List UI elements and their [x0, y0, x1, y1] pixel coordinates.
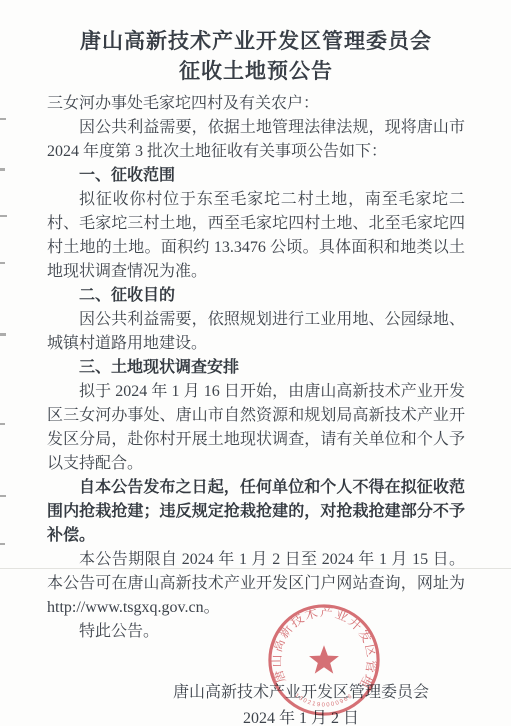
paragraph-duration-text: 本公告期限自 2024 年 1 月 2 日至 2024 年 1 月 15 日。本… [47, 551, 465, 592]
website-url: http://www.tsgxq.gov.cn。 [47, 599, 220, 616]
scan-speck [0, 333, 6, 336]
paragraph-warning: 自本公告发布之日起，任何单位和个人不得在拟征收范围内抢栽抢建；违反规定抢栽抢建的… [47, 476, 465, 548]
notice-page: 唐山高新技术产业开发区管理委员会 征收土地预公告 三女河办事处毛家坨四村及有关农… [0, 0, 511, 726]
document-title-line1: 唐山高新技术产业开发区管理委员会 [47, 26, 465, 56]
scan-speck [0, 215, 7, 217]
scan-line [0, 568, 511, 569]
section-heading-purpose: 二、征收目的 [47, 284, 465, 308]
paragraph-intro: 因公共利益需要，依据土地管理法律法规，现将唐山市 2024 年度第 3 批次土地… [47, 116, 465, 164]
seal-star-icon [309, 645, 339, 673]
scan-speck [0, 262, 5, 264]
paragraph-duration: 本公告期限自 2024 年 1 月 2 日至 2024 年 1 月 15 日。本… [47, 548, 465, 620]
scan-speck [0, 423, 5, 425]
scan-speck [0, 495, 6, 497]
paragraph-scope: 拟征收你村位于东至毛家坨二村土地，南至毛家坨二村、毛家坨三村土地，西至毛家坨四村… [47, 188, 465, 284]
section-heading-survey: 三、土地现状调查安排 [47, 356, 465, 380]
closing-line: 特此公告。 [47, 620, 465, 644]
document-title-line2: 征收土地预公告 [47, 56, 465, 86]
salutation: 三女河办事处毛家坨四村及有关农户： [47, 92, 465, 116]
scan-speck [0, 168, 5, 171]
scan-speck [0, 118, 6, 120]
scan-speck [0, 543, 5, 545]
seal-arc-text: 唐山高新技术产业开发区管理委员会 [265, 601, 380, 692]
paragraph-purpose: 因公共利益需要，依照规划进行工业用地、公园绿地、城镇村道路用地建设。 [47, 308, 465, 356]
seal-code: 1302190000966 [293, 693, 354, 709]
section-heading-scope: 一、征收范围 [47, 164, 465, 188]
paragraph-survey: 拟于 2024 年 1 月 16 日开始，由唐山高新技术产业开发区三女河办事处、… [47, 380, 465, 476]
document-title: 唐山高新技术产业开发区管理委员会 征收土地预公告 [47, 26, 465, 86]
official-seal: 唐山高新技术产业开发区管理委员会 1302190000966 [265, 601, 383, 719]
